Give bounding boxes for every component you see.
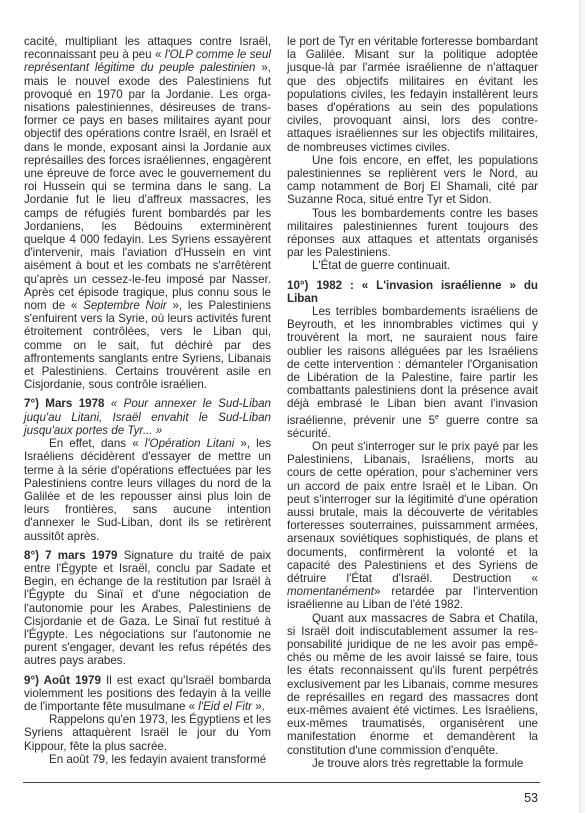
paragraph: le port de Tyr en véritable forteresse b…	[287, 35, 538, 154]
paragraph: Je trouve alors très regrettable la form…	[287, 757, 538, 770]
paragraph: En effet, dans « l'Opération Litani », l…	[24, 437, 271, 543]
left-column: cacité, multipliant les attaques contre …	[24, 35, 271, 766]
text: En effet, dans «	[49, 437, 145, 450]
text: ».	[252, 700, 265, 713]
paragraph: On peut s'interroger sur le prix payé pa…	[287, 440, 538, 612]
quote: l'Opération Litani	[145, 437, 235, 450]
paragraph: Quant aux massacres de Sabra et Chatila,…	[287, 612, 538, 757]
quote: l'Eid el Fitr	[198, 700, 252, 713]
text: On peut s'interroger sur le prix payé pa…	[287, 440, 538, 585]
text: », les Palestiniens s'enfuirent vers la …	[24, 299, 271, 391]
text: Les terribles bombardements israéliens d…	[287, 305, 538, 426]
section-number: 7°) Mars 1978	[24, 397, 105, 410]
page-edge-shade	[580, 0, 585, 813]
section-7-heading: 7°) Mars 1978 « Pour annexer le Sud-Liba…	[24, 397, 271, 437]
paragraph: cacité, multipliant les attaques contre …	[24, 35, 271, 391]
section-9: 9°) Août 1979 Il est exact qu'Israël bom…	[24, 674, 271, 714]
page-number: 53	[524, 791, 538, 805]
section-8: 8°) 7 mars 1979 Signature du traité de p…	[24, 549, 271, 668]
paragraph: L'État de guerre continuait.	[287, 259, 538, 272]
section-number: 9°) Août 1979	[24, 674, 101, 687]
paragraph: Rappelons qu'en 1973, les Égyptiens et l…	[24, 713, 271, 753]
section-number: 8°) 7 mars 1979	[24, 549, 118, 562]
section-10-heading: 10°) 1982 : « L'invasion israélienne » d…	[287, 279, 538, 305]
quote: momentanément	[287, 585, 374, 598]
paragraph: En août 79, les fedayin avaient transfor…	[24, 753, 271, 766]
footer-rule	[23, 782, 540, 783]
text: Signature du traité de paix entre l'Égyp…	[24, 549, 271, 668]
right-column: le port de Tyr en véritable forteresse b…	[287, 35, 538, 770]
paragraph: Les terribles bombardements israéliens d…	[287, 305, 538, 440]
text: », les Israéliens décidèrent d'essayer d…	[24, 437, 271, 542]
text: », mais le nouvel exode des Palestiniens…	[24, 61, 271, 312]
paragraph: Une fois encore, en effet, les populatio…	[287, 154, 538, 207]
paragraph: Tous les bombardements contre les bases …	[287, 207, 538, 260]
quote: Septembre Noir	[83, 299, 167, 312]
